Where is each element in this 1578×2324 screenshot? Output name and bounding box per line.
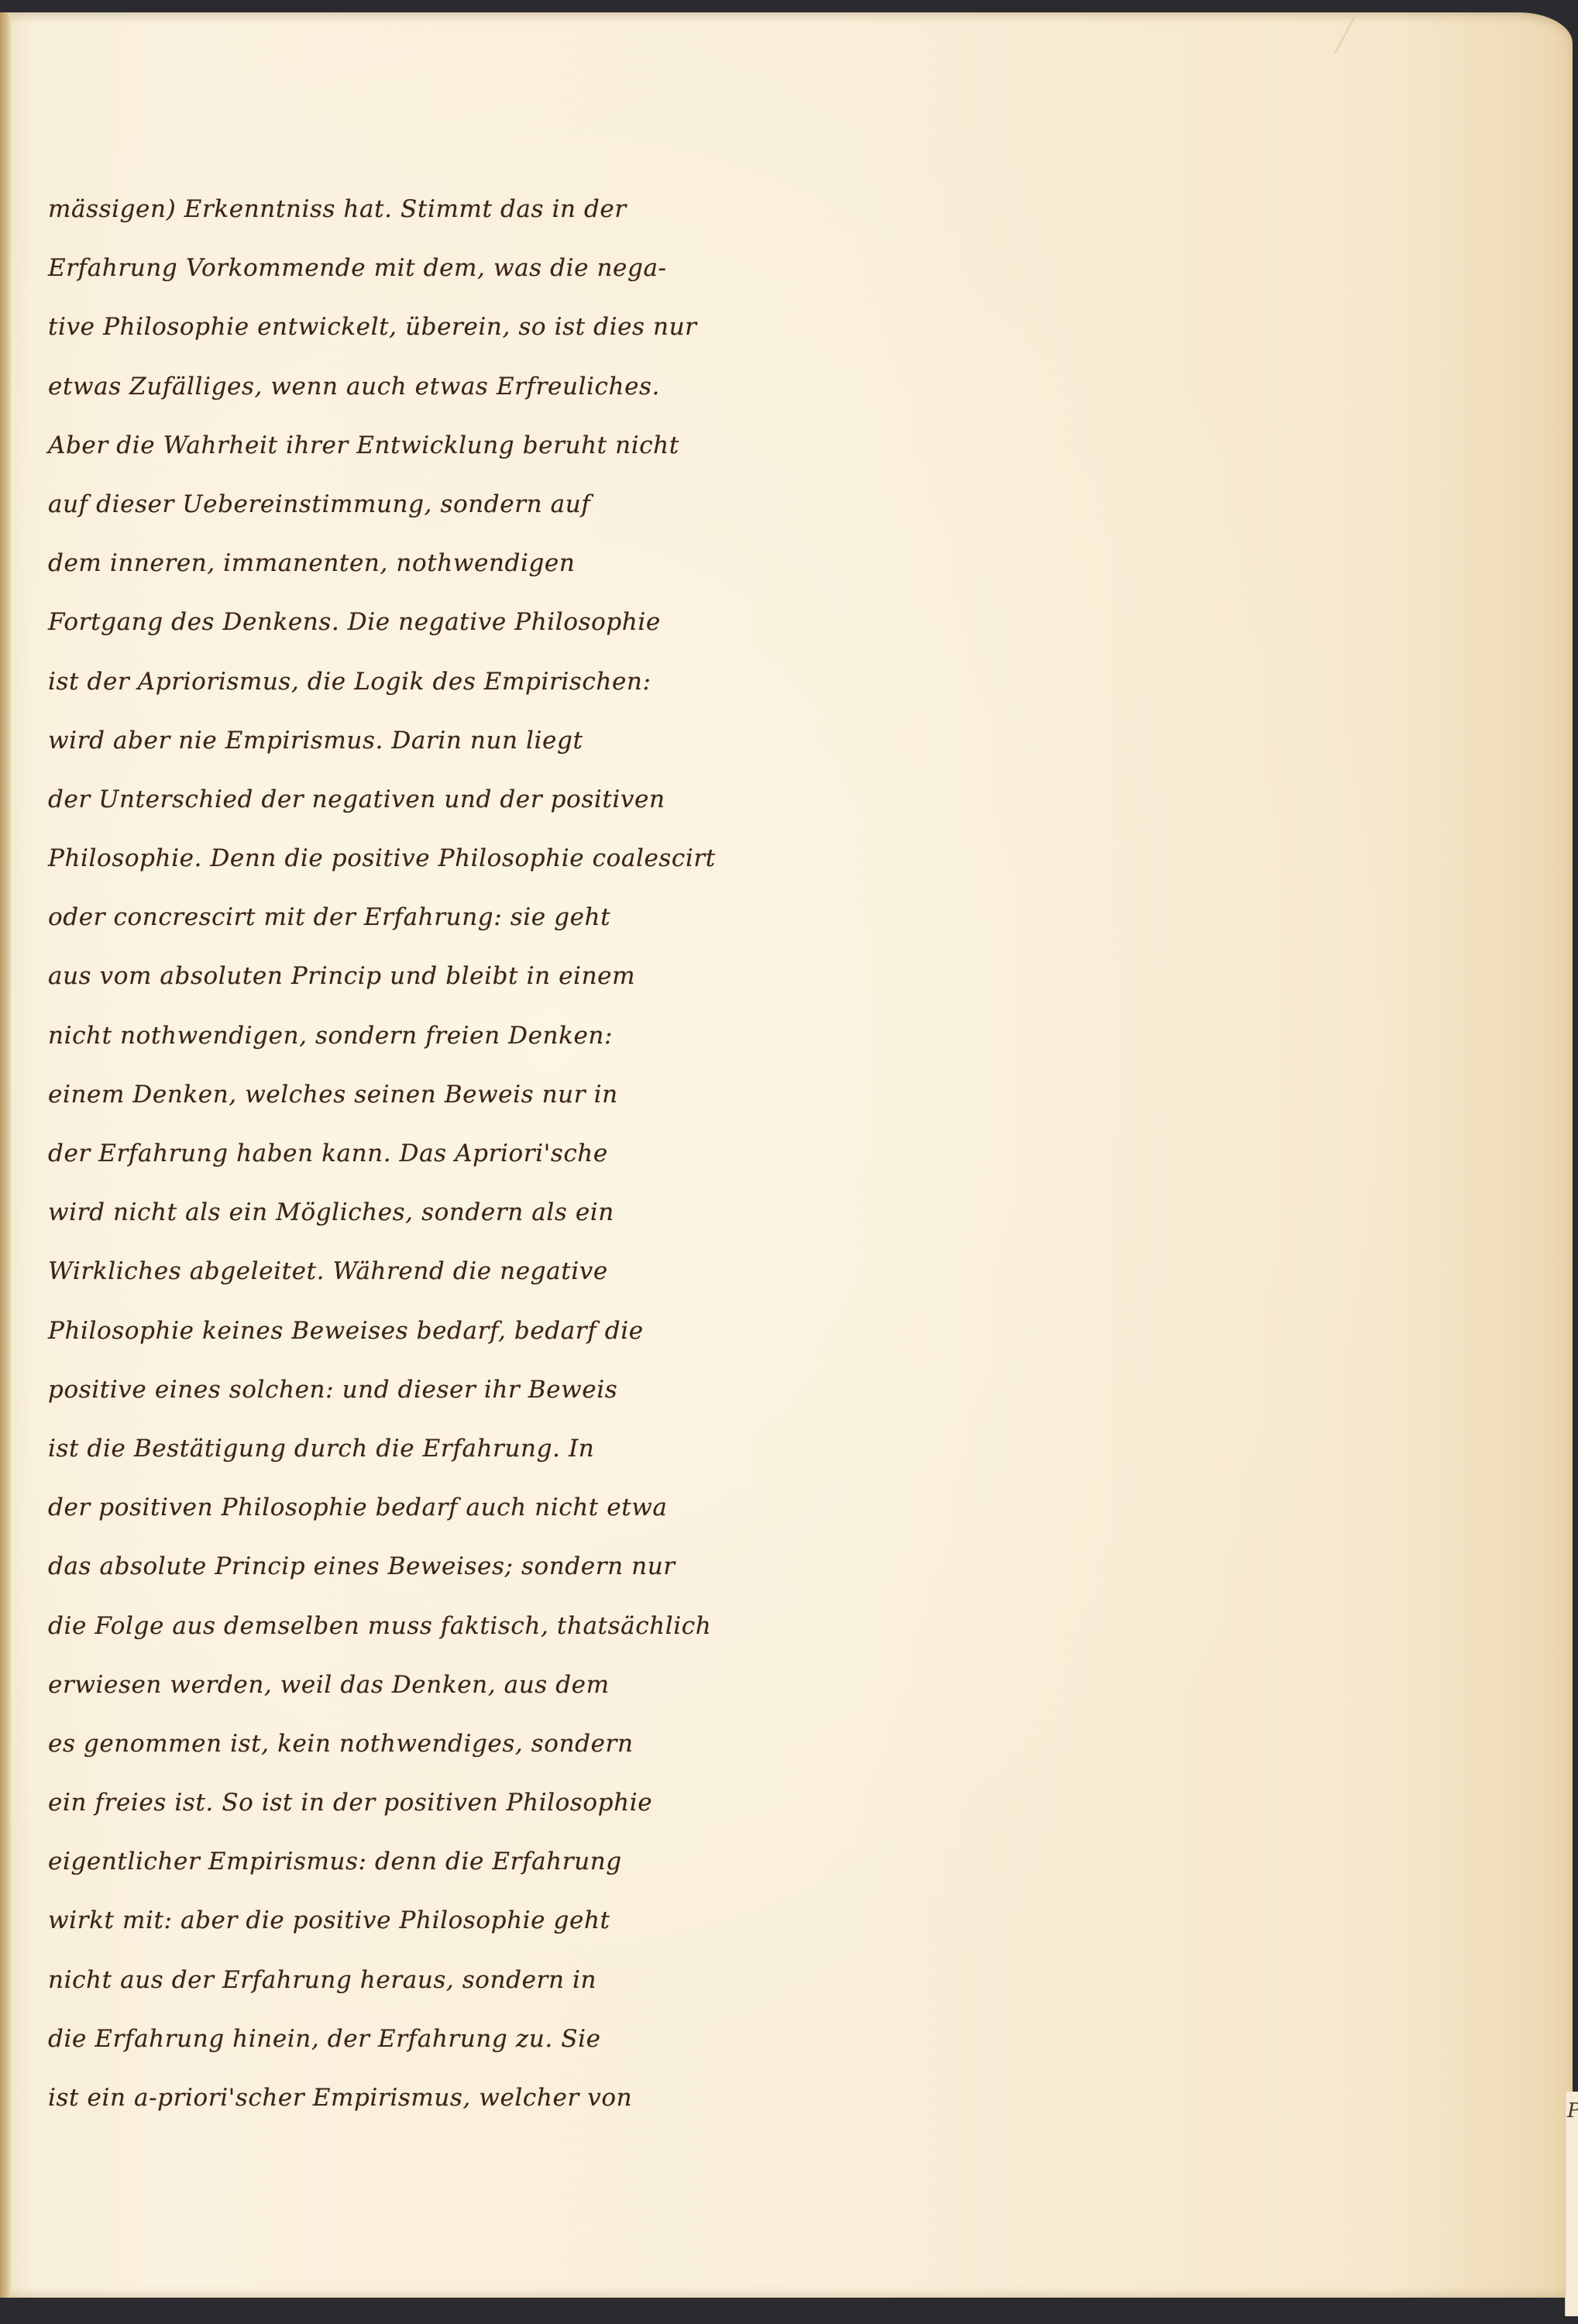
text-line: das absolute Princip eines Beweises; son… [48,1537,854,1596]
next-page-text-fragment: Philos [1567,2099,1578,2123]
handwritten-text-block: mässigen) Erkenntniss hat. Stimmt das in… [48,180,854,2127]
text-line: eigentlicher Empirismus: denn die Erfahr… [48,1832,854,1891]
text-line: Aber die Wahrheit ihrer Entwicklung beru… [48,416,854,475]
text-line: ist die Bestätigung durch die Erfahrung.… [48,1419,854,1478]
text-line: der Unterschied der negativen und der po… [48,770,854,829]
next-page-edge: Philos [1565,2092,1578,2316]
text-line: der Erfahrung haben kann. Das Apriori'sc… [48,1124,854,1183]
text-line: mässigen) Erkenntniss hat. Stimmt das in… [48,180,854,239]
text-line: die Folge aus demselben muss faktisch, t… [48,1597,854,1655]
text-line: der positiven Philosophie bedarf auch ni… [48,1478,854,1537]
text-line: wirkt mit: aber die positive Philosophie… [48,1891,854,1950]
text-line: oder concrescirt mit der Erfahrung: sie … [48,888,854,947]
text-line: nicht nothwendigen, sondern freien Denke… [48,1006,854,1065]
text-line: erwiesen werden, weil das Denken, aus de… [48,1655,854,1714]
text-line: wird aber nie Empirismus. Darin nun lieg… [48,711,854,770]
text-line: die Erfahrung hinein, der Erfahrung zu. … [48,2009,854,2068]
text-line: Fortgang des Denkens. Die negative Philo… [48,593,854,651]
text-line: Philosophie. Denn die positive Philosoph… [48,829,854,888]
text-line: tive Philosophie entwickelt, überein, so… [48,297,854,356]
text-line: ist ein a-priori'scher Empirismus, welch… [48,2068,854,2127]
binding-edge [0,12,11,2298]
text-line: es genommen ist, kein nothwendiges, sond… [48,1714,854,1773]
text-line: Philosophie keines Beweises bedarf, beda… [48,1301,854,1360]
text-line: aus vom absoluten Princip und bleibt in … [48,947,854,1006]
text-line: ist der Apriorismus, die Logik des Empir… [48,652,854,711]
text-line: ein freies ist. So ist in der positiven … [48,1773,854,1832]
text-line: einem Denken, welches seinen Beweis nur … [48,1065,854,1124]
text-line: nicht aus der Erfahrung heraus, sondern … [48,1951,854,2009]
text-line: etwas Zufälliges, wenn auch etwas Erfreu… [48,357,854,416]
text-line: wird nicht als ein Mögliches, sondern al… [48,1183,854,1242]
text-line: Wirkliches abgeleitet. Während die negat… [48,1242,854,1301]
text-line: auf dieser Uebereinstimmung, sondern auf [48,475,854,534]
text-line: Erfahrung Vorkommende mit dem, was die n… [48,239,854,297]
text-line: dem inneren, immanenten, nothwendigen [48,534,854,593]
text-line: positive eines solchen: und dieser ihr B… [48,1360,854,1419]
manuscript-scan: mässigen) Erkenntniss hat. Stimmt das in… [0,0,1578,2324]
